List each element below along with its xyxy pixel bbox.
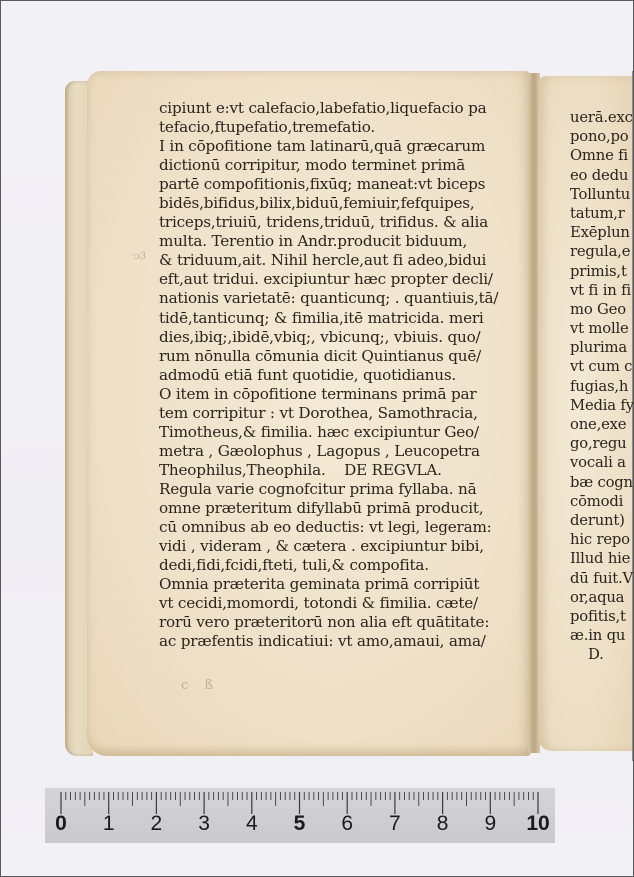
left-page-text-line: partē compofitionis,fixūq; maneat:vt bic… xyxy=(159,175,529,194)
right-page-text-line: or,aqua xyxy=(570,588,634,607)
right-page-text-line: vt cum c xyxy=(570,357,634,376)
right-page-text-line: Omne fi xyxy=(570,146,634,165)
left-page-text-line: vt cecidi,momordi, totondi & fimilia. cæ… xyxy=(159,594,529,613)
left-page-text: cipiunt e:vt calefacio,labefatio,liquefa… xyxy=(159,99,529,651)
left-page-text-line: tem corripitur : vt Dorothea, Samothraci… xyxy=(159,404,529,423)
right-page-text-line: Tolluntu xyxy=(570,185,634,204)
left-page-text-line: cū omnibus ab eo deductis: vt legi, lege… xyxy=(159,518,529,537)
left-page-text-line: bidēs,bifidus,bilix,biduū,femiuir,fefqui… xyxy=(159,194,529,213)
right-page-text-line: derunt) xyxy=(570,511,634,530)
right-page-text-line: eo dedu xyxy=(570,166,634,185)
right-page-text-line: vt fi in fi xyxy=(570,281,634,300)
left-page-text-line: I in cōpofitione tam latinarū,quā græcar… xyxy=(159,137,529,156)
ruler-label-0: 0 xyxy=(55,812,67,836)
right-page-text-line: mo Geo xyxy=(570,300,634,319)
left-page-text-line: Timotheus,& fimilia. hæc excipiuntur Geo… xyxy=(159,423,529,442)
ruler-label-2: 2 xyxy=(151,812,163,836)
left-page-text-line: O item in cōpofitione terminans primā pa… xyxy=(159,385,529,404)
ruler-label-7: 7 xyxy=(389,812,401,836)
left-page-text-line: multa. Terentio in Andr.producit biduum, xyxy=(159,232,529,251)
ruler-label-10: 10 xyxy=(526,812,549,836)
right-page-text-line: æ.in qu xyxy=(570,626,634,645)
right-page-text-line: tatum,r xyxy=(570,204,634,223)
right-page-text-line: vocali a xyxy=(570,453,634,472)
right-page-text-line: fugias,h xyxy=(570,377,634,396)
ruler-label-1: 1 xyxy=(103,812,115,836)
right-page-text-line: Exēplun xyxy=(570,223,634,242)
left-page-text-line: dictionū corripitur, modo terminet primā xyxy=(159,156,529,175)
right-page-text-line: hic repo xyxy=(570,530,634,549)
left-page-text-line: rum nōnulla cōmunia dicit Quintianus quē… xyxy=(159,347,529,366)
left-page-text-line: rorū vero præteritorū non alia eft quāti… xyxy=(159,613,529,632)
ruler-label-8: 8 xyxy=(437,812,449,836)
left-page-text-line: dies,ibiq;,ibidē,vbiq;, vbicunq;, vbiuis… xyxy=(159,328,529,347)
ruler-label-9: 9 xyxy=(484,812,496,836)
right-page-text-line: cōmodi xyxy=(570,492,634,511)
right-page-text-line: pofitis,t xyxy=(570,607,634,626)
left-page-text-line: Omnia præterita geminata primā corripiūt xyxy=(159,575,529,594)
left-page-text-line: Theophilus,Theophila. DE REGVLA. xyxy=(159,461,529,480)
right-page-text-line: one,exe xyxy=(570,415,634,434)
ruler-label-4: 4 xyxy=(246,812,258,836)
left-page-text-line: admodū etiā funt quotidie, quotidianus. xyxy=(159,366,529,385)
left-page-text-line: metra , Gæolophus , Lagopus , Leucopetra xyxy=(159,442,529,461)
right-page-text-line: bæ cogn xyxy=(570,473,634,492)
right-page-text-line: Illud hie xyxy=(570,549,634,568)
left-page-text-line: vidi , videram , & cætera . excipiuntur … xyxy=(159,537,529,556)
right-page-text: uerā.excpono,poOmne fieo deduTolluntutat… xyxy=(570,108,634,664)
ruler-label-3: 3 xyxy=(198,812,210,836)
left-page-text-line: cipiunt e:vt calefacio,labefatio,liquefa… xyxy=(159,99,529,118)
right-page-text-line: uerā.exc xyxy=(570,108,634,127)
left-page-text-line: & triduum,ait. Nihil hercle,aut fi adeo,… xyxy=(159,251,529,270)
right-page-text-line: primis,t xyxy=(570,262,634,281)
measurement-ruler: 012345678910 xyxy=(45,787,555,843)
left-page-text-line: nationis varietatē: quanticunq; . quanti… xyxy=(159,289,529,308)
right-page-text-line: D. xyxy=(570,645,634,664)
right-page-text-line: plurima xyxy=(570,338,634,357)
left-page-text-line: tefacio,ftupefatio,tremefatio. xyxy=(159,118,529,137)
right-page-text-line: Media fy xyxy=(570,396,634,415)
left-page-text-line: Regula varie cognofcitur prima fyllaba. … xyxy=(159,480,529,499)
right-page-text-line: pono,po xyxy=(570,127,634,146)
right-page-text-line: go,regu xyxy=(570,434,634,453)
left-page-text-line: tidē,tanticunq; & fimilia,itē matricida.… xyxy=(159,309,529,328)
right-page-text-line: dū fuit.V xyxy=(570,569,634,588)
left-page-text-line: triceps,triuiū, tridens,triduū, trifidus… xyxy=(159,213,529,232)
right-page-text-line: vt molle xyxy=(570,319,634,338)
left-page-text-line: omne præteritum difyllabū primā producit… xyxy=(159,499,529,518)
left-page-text-line: dedi,fidi,fcidi,fteti, tuli,& compofita. xyxy=(159,556,529,575)
margin-mark: ·ɔ3 xyxy=(131,251,146,262)
signature-mark: c ß xyxy=(181,678,219,693)
left-page-text-line: ac præfentis indicatiui: vt amo,amaui, a… xyxy=(159,632,529,651)
left-page-text-line: eft,aut tridui. excipiuntur hæc propter … xyxy=(159,270,529,289)
right-page-text-line: regula,e xyxy=(570,242,634,261)
ruler-label-6: 6 xyxy=(341,812,353,836)
scan-frame: cipiunt e:vt calefacio,labefatio,liquefa… xyxy=(0,0,634,877)
ruler-label-5: 5 xyxy=(294,812,306,836)
